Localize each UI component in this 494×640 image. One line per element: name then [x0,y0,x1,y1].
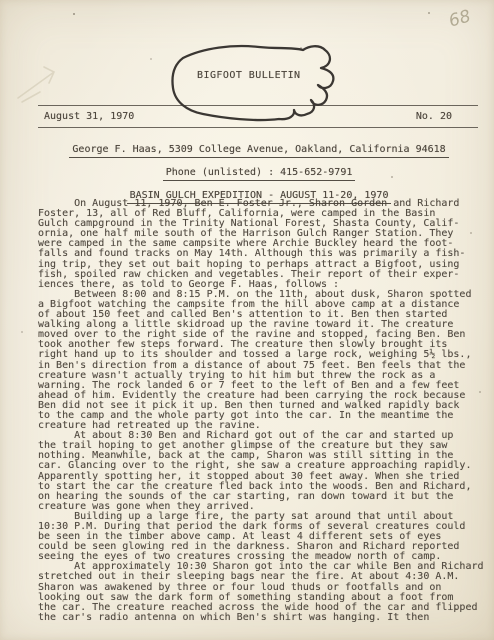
pencil-scribble-mark [14,58,68,104]
divider-line-bottom [38,127,478,128]
body-paragraph: On August 11, 1970, Ben E. Foster Jr., S… [38,199,490,290]
body-paragraph: At about 8:30 Ben and Richard got out of… [38,431,490,512]
body-paragraph: Building up a large fire, the party sat … [38,512,490,562]
masthead-title: BIGFOOT BULLETIN [197,70,301,81]
body-paragraph: At approximately 10:30 Sharon got into t… [38,562,490,623]
dust-specks [0,0,2,2]
issue-date: August 31, 1970 [44,111,134,122]
issue-number: No. 20 [416,111,452,122]
document-page: 68 BIGFOOT BULLETIN August 31, 1970 No. … [0,0,494,640]
article-body: On August 11, 1970, Ben E. Foster Jr., S… [38,199,490,623]
handwritten-page-number: 68 [447,6,473,31]
body-paragraph: Between 8:00 and 8:15 P.M. on the 11th, … [38,290,490,431]
date-row: August 31, 1970 No. 20 [38,111,478,122]
